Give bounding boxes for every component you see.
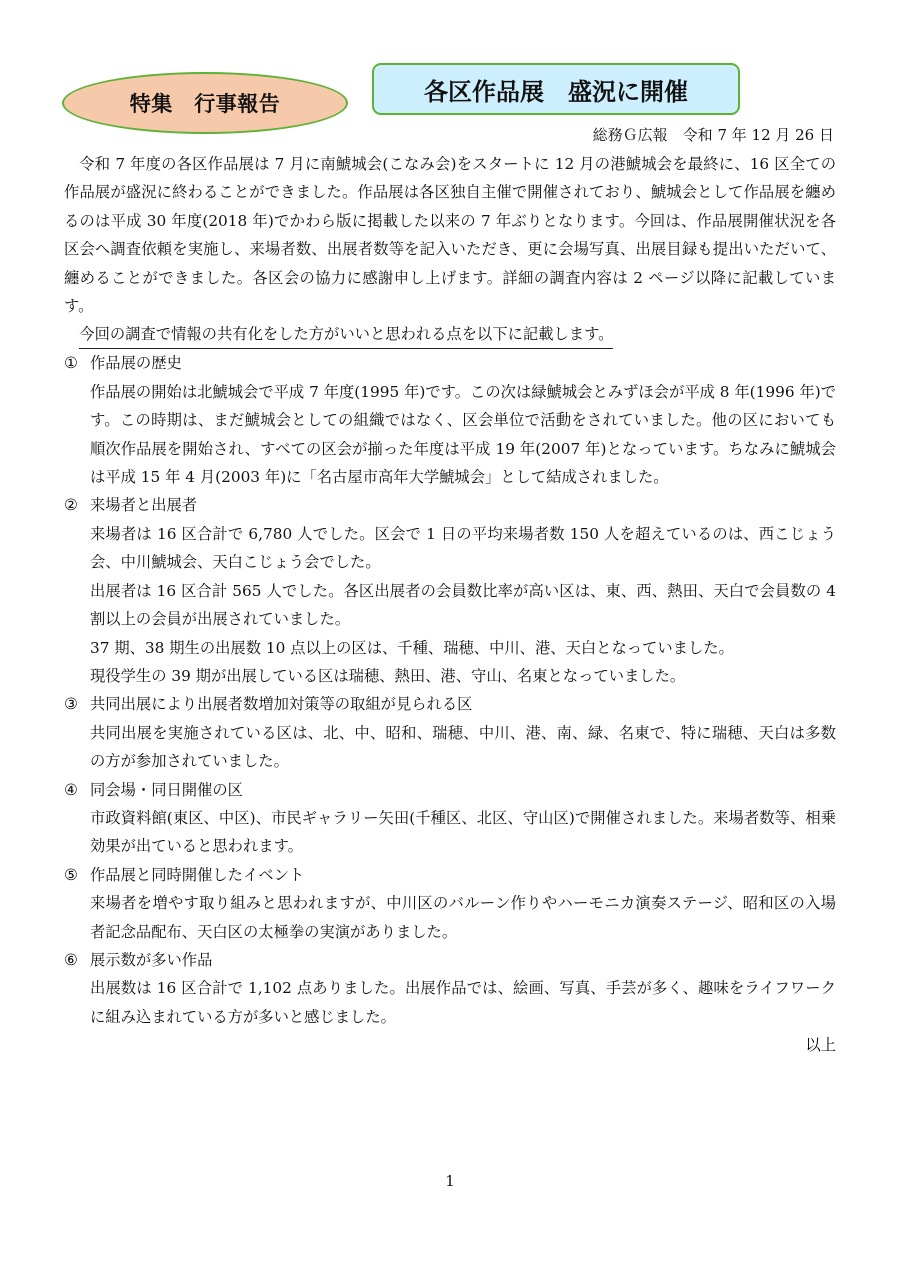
feature-badge-label: 特集 行事報告 bbox=[130, 88, 281, 118]
section-heading: ⑥ 展示数が多い作品 bbox=[64, 946, 836, 974]
section-number: ③ bbox=[64, 690, 90, 718]
section-title: 来場者と出展者 bbox=[90, 491, 197, 519]
lead-line: 今回の調査で情報の共有化をした方がいいと思われる点を以下に記載します。 bbox=[64, 320, 836, 349]
byline: 総務Ｇ広報 令和 7 年 12 月 26 日 bbox=[593, 124, 834, 145]
article-title-box: 各区作品展 盛況に開催 bbox=[372, 63, 740, 115]
document-page: 特集 行事報告 各区作品展 盛況に開催 総務Ｇ広報 令和 7 年 12 月 26… bbox=[0, 0, 900, 1272]
section-heading: ② 来場者と出展者 bbox=[64, 491, 836, 519]
section-history: ① 作品展の歴史 作品展の開始は北鯱城会で平成 7 年度(1995 年)です。こ… bbox=[64, 349, 836, 491]
section-number: ② bbox=[64, 491, 90, 519]
section-heading: ① 作品展の歴史 bbox=[64, 349, 836, 377]
section-joint-exhibition: ③ 共同出展により出展者数増加対策等の取組が見られる区 共同出展を実施されている… bbox=[64, 690, 836, 775]
section-events: ⑤ 作品展と同時開催したイベント 来場者を増やす取り組みと思われますが、中川区の… bbox=[64, 861, 836, 946]
section-heading: ④ 同会場・同日開催の区 bbox=[64, 776, 836, 804]
section-popular-works: ⑥ 展示数が多い作品 出展数は 16 区合計で 1,102 点ありました。出展作… bbox=[64, 946, 836, 1031]
section-paragraph: 出展者は 16 区合計 565 人でした。各区出展者の会員数比率が高い区は、東、… bbox=[90, 577, 836, 634]
section-paragraph: 作品展の開始は北鯱城会で平成 7 年度(1995 年)です。この次は緑鯱城会とみ… bbox=[90, 378, 836, 492]
section-number: ⑤ bbox=[64, 861, 90, 889]
section-paragraph: 出展数は 16 区合計で 1,102 点ありました。出展作品では、絵画、写真、手… bbox=[90, 974, 836, 1031]
intro-paragraph: 令和 7 年度の各区作品展は 7 月に南鯱城会(こなみ会)をスタートに 12 月… bbox=[64, 150, 836, 320]
closing-mark: 以上 bbox=[64, 1031, 836, 1059]
section-paragraph: 共同出展を実施されている区は、北、中、昭和、瑞穂、中川、港、南、緑、名東で、特に… bbox=[90, 719, 836, 776]
section-body: 市政資料館(東区、中区)、市民ギャラリー矢田(千種区、北区、守山区)で開催されま… bbox=[64, 804, 836, 861]
article-body: 令和 7 年度の各区作品展は 7 月に南鯱城会(こなみ会)をスタートに 12 月… bbox=[64, 150, 836, 1060]
section-paragraph: 現役学生の 39 期が出展している区は瑞穂、熱田、港、守山、名東となっていました… bbox=[90, 662, 836, 690]
section-body: 共同出展を実施されている区は、北、中、昭和、瑞穂、中川、港、南、緑、名東で、特に… bbox=[64, 719, 836, 776]
feature-badge: 特集 行事報告 bbox=[62, 72, 348, 134]
underlined-lead: 今回の調査で情報の共有化をした方がいいと思われる点を以下に記載します。 bbox=[79, 321, 613, 349]
section-body: 作品展の開始は北鯱城会で平成 7 年度(1995 年)です。この次は緑鯱城会とみ… bbox=[64, 378, 836, 492]
article-title: 各区作品展 盛況に開催 bbox=[424, 72, 688, 107]
section-same-venue: ④ 同会場・同日開催の区 市政資料館(東区、中区)、市民ギャラリー矢田(千種区、… bbox=[64, 776, 836, 861]
section-paragraph: 来場者は 16 区合計で 6,780 人でした。区会で 1 日の平均来場者数 1… bbox=[90, 520, 836, 577]
section-paragraph: 市政資料館(東区、中区)、市民ギャラリー矢田(千種区、北区、守山区)で開催されま… bbox=[90, 804, 836, 861]
section-number: ① bbox=[64, 349, 90, 377]
section-body: 出展数は 16 区合計で 1,102 点ありました。出展作品では、絵画、写真、手… bbox=[64, 974, 836, 1031]
section-title: 作品展と同時開催したイベント bbox=[90, 861, 304, 889]
section-heading: ⑤ 作品展と同時開催したイベント bbox=[64, 861, 836, 889]
page-number: 1 bbox=[0, 1172, 900, 1190]
section-number: ④ bbox=[64, 776, 90, 804]
section-paragraph: 37 期、38 期生の出展数 10 点以上の区は、千種、瑞穂、中川、港、天白とな… bbox=[90, 634, 836, 662]
section-heading: ③ 共同出展により出展者数増加対策等の取組が見られる区 bbox=[64, 690, 836, 718]
section-title: 作品展の歴史 bbox=[90, 349, 182, 377]
section-body: 来場者を増やす取り組みと思われますが、中川区のバルーン作りやハーモニカ演奏ステー… bbox=[64, 889, 836, 946]
section-number: ⑥ bbox=[64, 946, 90, 974]
section-body: 来場者は 16 区合計で 6,780 人でした。区会で 1 日の平均来場者数 1… bbox=[64, 520, 836, 690]
section-visitors-exhibitors: ② 来場者と出展者 来場者は 16 区合計で 6,780 人でした。区会で 1 … bbox=[64, 491, 836, 690]
section-paragraph: 来場者を増やす取り組みと思われますが、中川区のバルーン作りやハーモニカ演奏ステー… bbox=[90, 889, 836, 946]
section-title: 展示数が多い作品 bbox=[90, 946, 212, 974]
section-title: 共同出展により出展者数増加対策等の取組が見られる区 bbox=[90, 690, 472, 718]
section-title: 同会場・同日開催の区 bbox=[90, 776, 243, 804]
